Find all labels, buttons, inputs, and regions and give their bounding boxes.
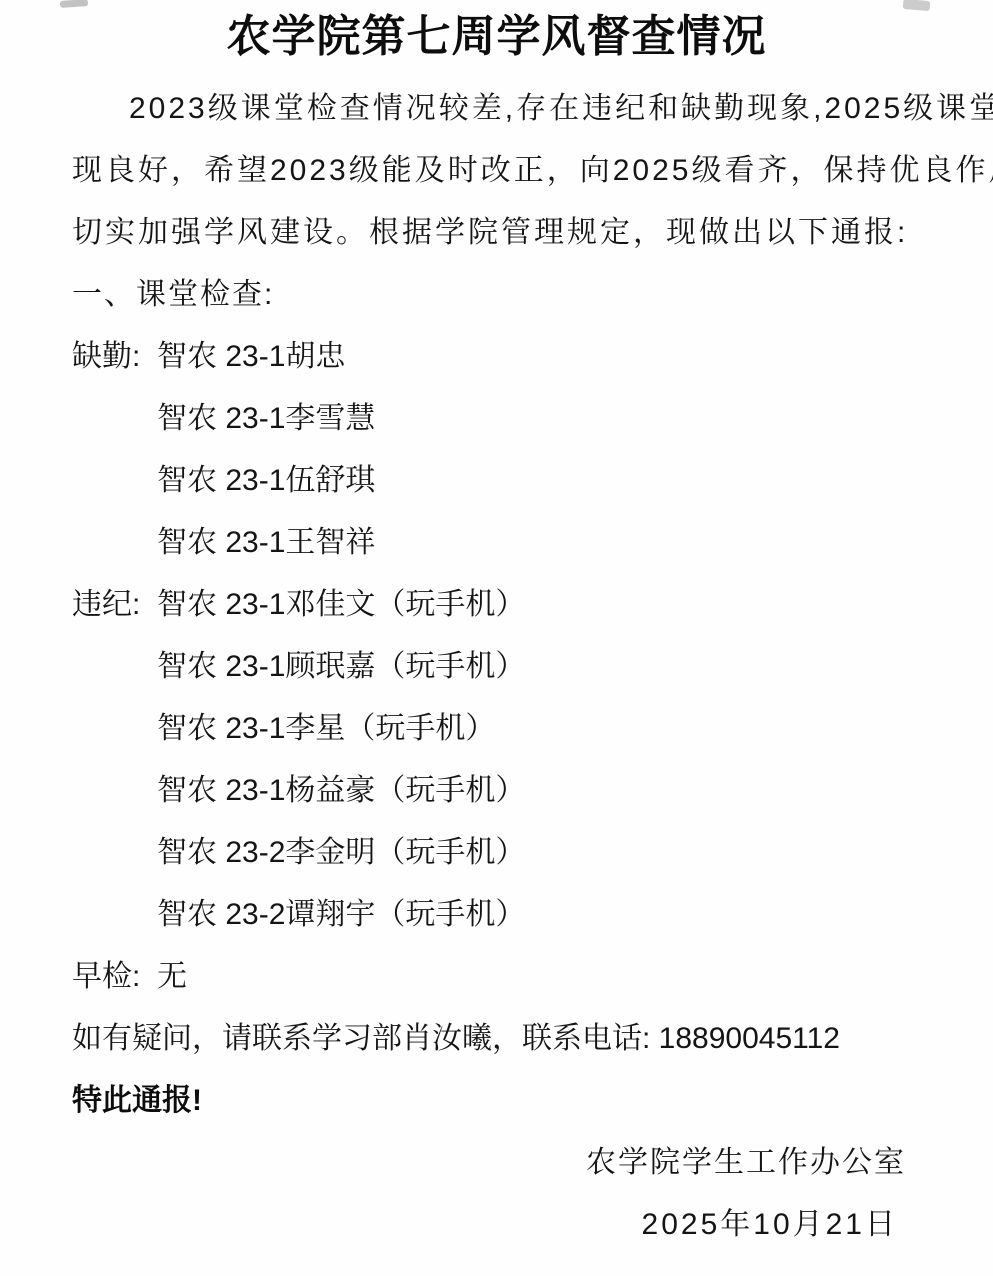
absent-row: 智农 23-1伍舒琪 — [72, 446, 920, 508]
intro-line-2: 现良好，希望2023级能及时改正，向2025级看齐，保持优良作风， — [72, 136, 920, 198]
student-name: 智农 23-1伍舒琪 — [157, 455, 375, 499]
violation-label: 违纪: — [72, 579, 157, 623]
morning-check-value: 无 — [157, 951, 187, 995]
absent-row: 缺勤: 智农 23-1胡忠 — [72, 322, 920, 384]
violation-row: 智农 23-1顾珉嘉（玩手机） — [72, 632, 920, 694]
violation-row: 智农 23-2谭翔宇（玩手机） — [72, 880, 920, 942]
document-title: 农学院第七周学风督查情况 — [0, 0, 993, 74]
student-name: 智农 23-1杨益豪（玩手机） — [157, 765, 525, 809]
absent-row: 智农 23-1李雪慧 — [72, 384, 920, 446]
violation-row: 违纪: 智农 23-1邓佳文（玩手机） — [72, 570, 920, 632]
student-name: 智农 23-2谭翔宇（玩手机） — [157, 889, 525, 933]
violation-row: 智农 23-1李星（玩手机） — [72, 694, 920, 756]
intro-line-1: 2023级课堂检查情况较差,存在违纪和缺勤现象,2025级课堂表 — [72, 74, 920, 136]
violation-row: 智农 23-2李金明（玩手机） — [72, 818, 920, 880]
document-body: 2023级课堂检查情况较差,存在违纪和缺勤现象,2025级课堂表 现良好，希望2… — [0, 74, 993, 1252]
contact-line: 如有疑问，请联系学习部肖汝曦，联系电话: 18890045112 — [72, 1004, 920, 1066]
student-name: 智农 23-2李金明（玩手机） — [157, 827, 525, 871]
signature: 农学院学生工作办公室 — [72, 1128, 920, 1190]
absent-row: 智农 23-1王智祥 — [72, 508, 920, 570]
student-name: 智农 23-1王智祥 — [157, 517, 375, 561]
student-name: 智农 23-1顾珉嘉（玩手机） — [157, 641, 525, 685]
student-name: 智农 23-1胡忠 — [157, 331, 345, 375]
violation-row: 智农 23-1杨益豪（玩手机） — [72, 756, 920, 818]
student-name: 智农 23-1李雪慧 — [157, 393, 375, 437]
morning-check-label: 早检: — [72, 951, 157, 995]
date: 2025年10月21日 — [72, 1190, 920, 1252]
intro-line-3: 切实加强学风建设。根据学院管理规定，现做出以下通报: — [72, 198, 920, 260]
section-heading: 一、课堂检查: — [72, 260, 920, 322]
absent-label: 缺勤: — [72, 331, 157, 375]
closing-statement: 特此通报! — [72, 1066, 920, 1128]
notice-document: 农学院第七周学风督查情况 2023级课堂检查情况较差,存在违纪和缺勤现象,202… — [0, 0, 993, 1276]
morning-check-row: 早检: 无 — [72, 942, 920, 1004]
student-name: 智农 23-1邓佳文（玩手机） — [157, 579, 525, 623]
student-name: 智农 23-1李星（玩手机） — [157, 703, 495, 747]
